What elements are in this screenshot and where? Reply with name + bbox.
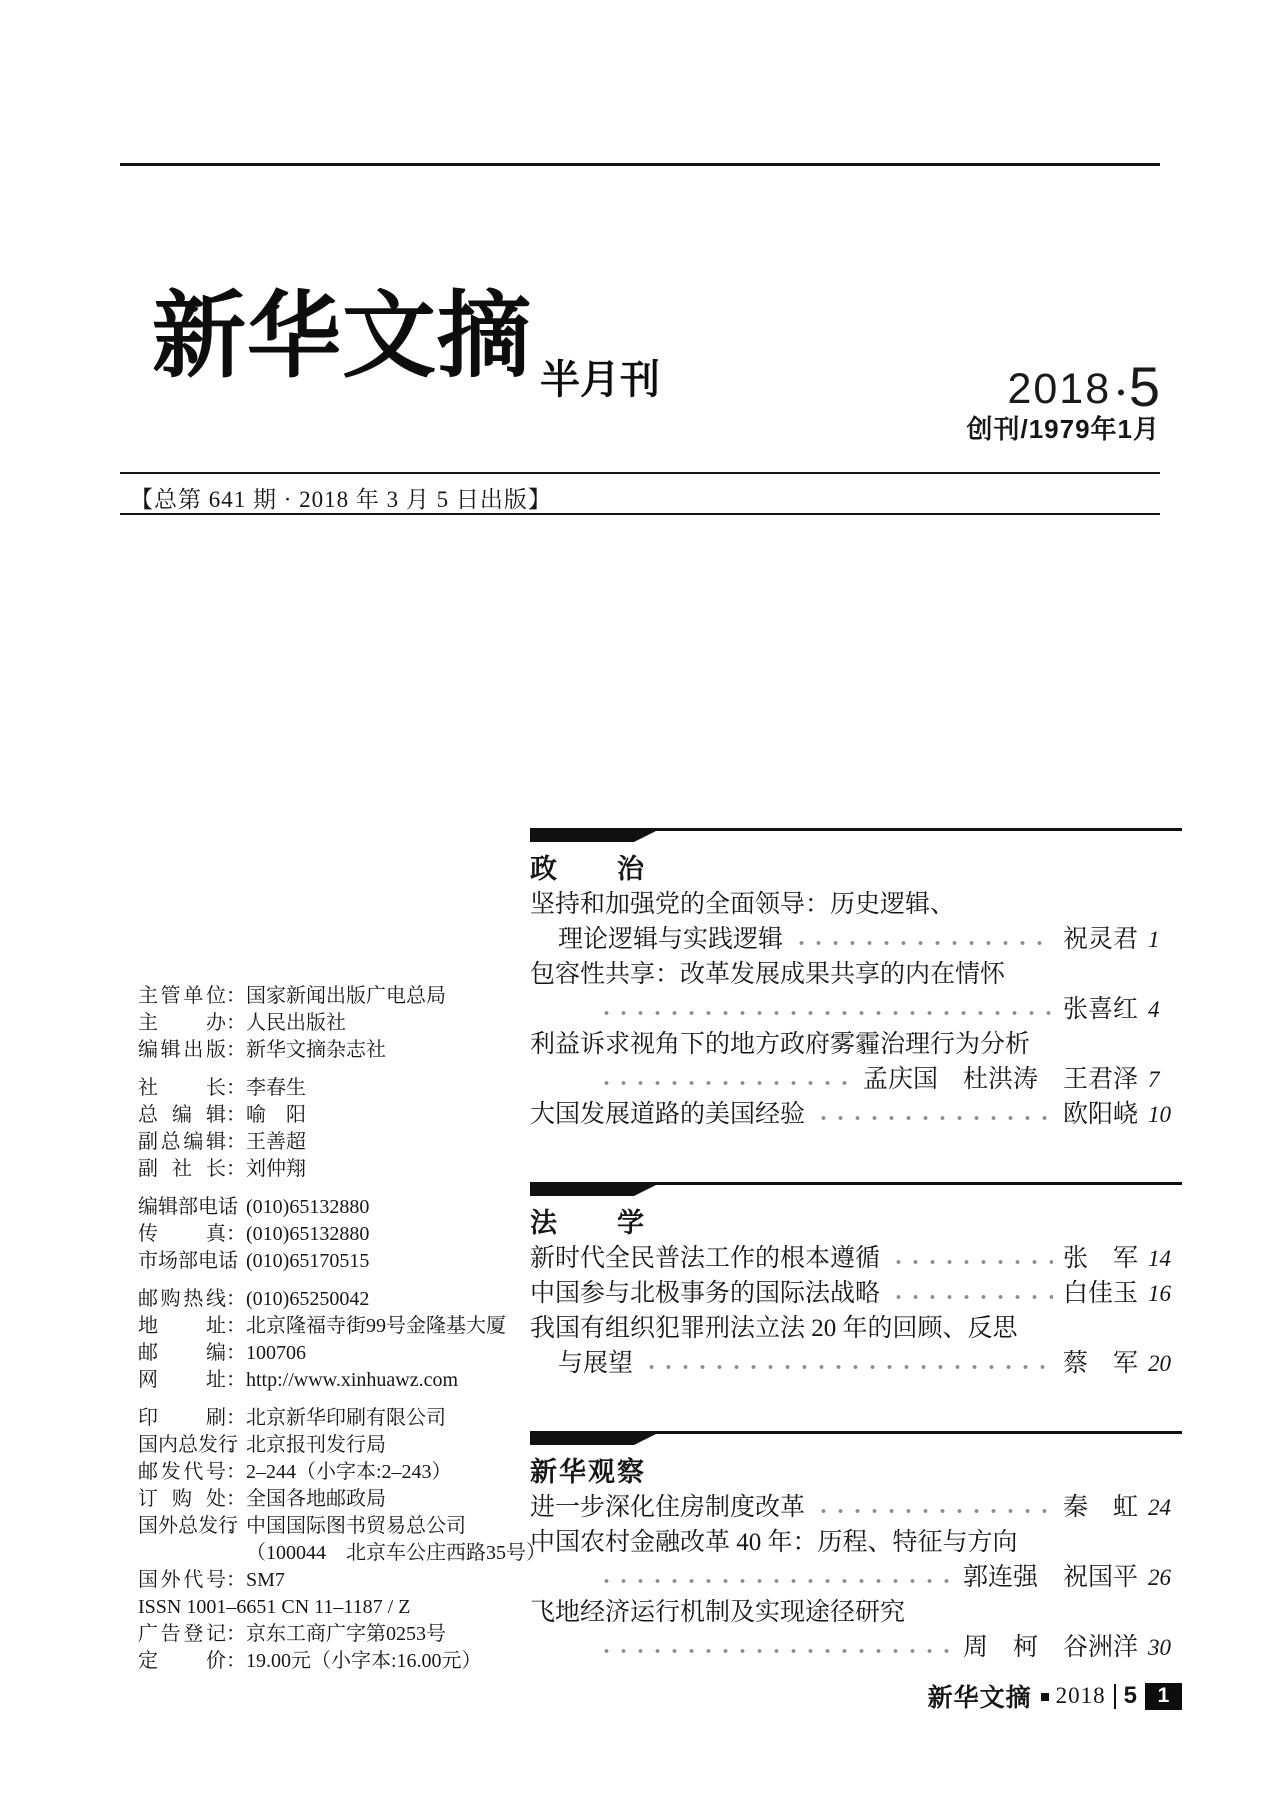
publisher-field-label: 总编辑 — [138, 1102, 226, 1129]
publisher-row: 传真：(010)65132880 — [138, 1221, 510, 1248]
article-title: 中国参与北极事务的国际法战略 — [530, 1276, 880, 1311]
article-title: 进一步深化住房制度改革 — [530, 1490, 805, 1525]
toc-entry-line: 理论逻辑与实践逻辑祝灵君1 — [530, 922, 1182, 957]
article-page-number: 14 — [1148, 1241, 1182, 1276]
publisher-field-label: 定价 — [138, 1648, 226, 1675]
publisher-field-value: 全国各地邮政局 — [246, 1486, 386, 1513]
issue-number-block: 2018 • 5 — [1007, 362, 1160, 411]
publisher-field-colon: ： — [226, 1405, 246, 1432]
publisher-field-label: 订购处 — [138, 1486, 226, 1513]
publisher-field-value: (010)65132880 — [246, 1194, 369, 1221]
article-page-number: 20 — [1148, 1346, 1182, 1381]
publisher-field-value: (010)65170515 — [246, 1248, 369, 1275]
dot-leader — [598, 1009, 1053, 1017]
section-title: 政 治 — [530, 852, 1182, 887]
publisher-field-colon: ： — [226, 1102, 246, 1129]
publisher-field-label: 邮购热线 — [138, 1286, 226, 1313]
publisher-field-colon: ： — [226, 1194, 246, 1221]
toc-section: 新华观察进一步深化住房制度改革秦 虹24中国农村金融改革 40 年：历程、特征与… — [530, 1431, 1182, 1665]
publisher-field-label: 主办 — [138, 1010, 226, 1037]
footer-journal-name: 新华文摘 — [928, 1678, 1032, 1714]
issue-year: 2018 — [1007, 368, 1111, 411]
publisher-field-colon: ： — [226, 1075, 246, 1102]
issue-line-top-rule — [120, 472, 1160, 474]
article-page-number: 16 — [1148, 1276, 1182, 1311]
toc-entry-line: 我国有组织犯罪刑法立法 20 年的回顾、反思 — [530, 1311, 1182, 1346]
publisher-row: 邮编：100706 — [138, 1340, 510, 1367]
publisher-field-colon: ： — [226, 1486, 246, 1513]
publisher-row: 网址：http://www.xinhuawz.com — [138, 1367, 510, 1394]
publisher-field-label: 国外总发行 — [138, 1513, 226, 1540]
section-title: 法 学 — [530, 1206, 1182, 1241]
publisher-row: 订购处：全国各地邮政局 — [138, 1486, 510, 1513]
issue-line-bottom-rule — [120, 513, 1160, 515]
publisher-row: 主管单位：国家新闻出版广电总局 — [138, 983, 510, 1010]
publisher-group: 主管单位：国家新闻出版广电总局主办：人民出版社编辑出版：新华文摘杂志社 — [138, 983, 510, 1064]
publisher-field-colon: ： — [226, 1459, 246, 1486]
publisher-field-label: 邮发代号 — [138, 1459, 226, 1486]
article-authors: 蔡 军 — [1063, 1346, 1138, 1381]
publisher-row: 国外总发行：中国国际图书贸易总公司 — [138, 1513, 510, 1540]
footer-issue-number: 5 — [1124, 1682, 1137, 1710]
publisher-field-value: (010)65132880 — [246, 1221, 369, 1248]
publisher-field-colon: ： — [226, 1129, 246, 1156]
article-page-number: 24 — [1148, 1490, 1182, 1525]
toc-entry-line: 大国发展道路的美国经验欧阳峣10 — [530, 1097, 1182, 1132]
publisher-row: （100044 北京车公庄西路35号） — [138, 1540, 510, 1567]
publisher-field-colon: ： — [226, 1248, 246, 1275]
publisher-field-colon: ： — [226, 1010, 246, 1037]
publisher-row: 社长：李春生 — [138, 1075, 510, 1102]
top-rule — [120, 163, 1160, 166]
publisher-field-colon: ： — [226, 1621, 246, 1648]
article-page-number: 7 — [1148, 1062, 1182, 1097]
dot-leader — [815, 1114, 1053, 1122]
article-title: 新时代全民普法工作的根本遵循 — [530, 1241, 880, 1276]
article-title: 理论逻辑与实践逻辑 — [558, 922, 783, 957]
publisher-field-colon: ： — [226, 1313, 246, 1340]
article-title: 大国发展道路的美国经验 — [530, 1097, 805, 1132]
section-bar — [530, 1431, 662, 1445]
dot-leader — [598, 1079, 853, 1087]
publisher-info: 主管单位：国家新闻出版广电总局主办：人民出版社编辑出版：新华文摘杂志社社长：李春… — [138, 983, 510, 1686]
publisher-field-label: 印刷 — [138, 1405, 226, 1432]
dot-leader — [815, 1507, 1053, 1515]
publisher-row: 定价：19.00元（小字本:16.00元） — [138, 1648, 510, 1675]
toc-entry-line: 与展望蔡 军20 — [530, 1346, 1182, 1381]
publisher-field-value: SM7 — [246, 1567, 285, 1594]
publisher-row: 主办：人民出版社 — [138, 1010, 510, 1037]
publisher-field-value: （100044 北京车公庄西路35号） — [246, 1540, 546, 1567]
publisher-group: 邮购热线：(010)65250042地址：北京隆福寺街99号金隆基大厦邮编：10… — [138, 1286, 510, 1394]
dot-leader — [598, 1577, 953, 1585]
dot-leader — [890, 1258, 1053, 1266]
article-authors: 白佳玉 — [1063, 1276, 1138, 1311]
publisher-field-value: 北京报刊发行局 — [246, 1432, 386, 1459]
publisher-field-colon: ： — [226, 1648, 246, 1675]
publisher-field-value: 国家新闻出版广电总局 — [246, 983, 446, 1010]
article-authors: 张喜红 — [1063, 992, 1138, 1027]
publisher-row: 副总编辑：王善超 — [138, 1129, 510, 1156]
publisher-field-colon: ： — [226, 1432, 246, 1459]
publisher-row: 总编辑：喻 阳 — [138, 1102, 510, 1129]
publisher-field-colon: ： — [226, 1367, 246, 1394]
section-bar — [530, 1182, 662, 1196]
publisher-field-label: 编辑部电话 — [138, 1194, 226, 1221]
toc-entry-line: 孟庆国 杜洪涛 王君泽7 — [530, 1062, 1182, 1097]
publisher-field-label: 地址 — [138, 1313, 226, 1340]
publisher-row: 邮发代号：2–244（小字本:2–243） — [138, 1459, 510, 1486]
dot-leader — [643, 1363, 1053, 1371]
publisher-field-value: 京东工商广字第0253号 — [246, 1621, 446, 1648]
publisher-field-colon: ： — [226, 1286, 246, 1313]
issue-dot-separator: • — [1117, 382, 1125, 404]
dot-leader — [890, 1293, 1053, 1301]
publisher-field-colon: ： — [226, 1340, 246, 1367]
publisher-field-label: 国外代号 — [138, 1567, 226, 1594]
article-title: 飞地经济运行机制及实现途径研究 — [530, 1595, 905, 1630]
toc-entry-line: 利益诉求视角下的地方政府雾霾治理行为分析 — [530, 1027, 1182, 1062]
toc-entry-line: 张喜红4 — [530, 992, 1182, 1027]
publisher-field-label: 传真 — [138, 1221, 226, 1248]
article-page-number: 26 — [1148, 1560, 1182, 1595]
publisher-field-value: 刘仲翔 — [246, 1156, 306, 1183]
publisher-field-value: 19.00元（小字本:16.00元） — [246, 1648, 482, 1675]
publisher-field-value: http://www.xinhuawz.com — [246, 1367, 458, 1394]
section-bar — [530, 828, 662, 842]
toc-entry-line: 包容性共享：改革发展成果共享的内在情怀 — [530, 957, 1182, 992]
article-authors: 郭连强 祝国平 — [963, 1560, 1138, 1595]
publisher-field-value: ISSN 1001–6651 CN 11–1187 / Z — [138, 1594, 410, 1621]
publisher-row: ISSN 1001–6651 CN 11–1187 / Z — [138, 1594, 510, 1621]
publisher-field-label: 广告登记 — [138, 1621, 226, 1648]
publisher-field-value: 中国国际图书贸易总公司 — [246, 1513, 466, 1540]
publisher-field-value: 新华文摘杂志社 — [246, 1037, 386, 1064]
publisher-row: 国外代号：SM7 — [138, 1567, 510, 1594]
page-footer: 新华文摘 2018 5 1 — [928, 1678, 1182, 1714]
publisher-field-label: 市场部电话 — [138, 1248, 226, 1275]
publisher-row: 国内总发行：北京报刊发行局 — [138, 1432, 510, 1459]
publisher-field-value: 王善超 — [246, 1129, 306, 1156]
publisher-row: 编辑部电话：(010)65132880 — [138, 1194, 510, 1221]
journal-logo: 新华文摘 — [152, 280, 532, 393]
publisher-field-label: 副社长 — [138, 1156, 226, 1183]
publisher-row: 副社长：刘仲翔 — [138, 1156, 510, 1183]
article-authors: 秦 虹 — [1063, 1490, 1138, 1525]
toc-entry-line: 进一步深化住房制度改革秦 虹24 — [530, 1490, 1182, 1525]
article-authors: 周 柯 谷洲洋 — [963, 1630, 1138, 1665]
publisher-group: 印刷：北京新华印刷有限公司国内总发行：北京报刊发行局邮发代号：2–244（小字本… — [138, 1405, 510, 1675]
article-authors: 孟庆国 杜洪涛 王君泽 — [863, 1062, 1138, 1097]
publisher-row: 广告登记：京东工商广字第0253号 — [138, 1621, 510, 1648]
toc-section: 政 治坚持和加强党的全面领导：历史逻辑、理论逻辑与实践逻辑祝灵君1包容性共享：改… — [530, 828, 1182, 1132]
publisher-field-label: 社长 — [138, 1075, 226, 1102]
publisher-field-colon: ： — [226, 1221, 246, 1248]
publisher-field-value: 北京新华印刷有限公司 — [246, 1405, 446, 1432]
toc-section: 法 学新时代全民普法工作的根本遵循张 军14中国参与北极事务的国际法战略白佳玉1… — [530, 1182, 1182, 1381]
publisher-row: 编辑出版：新华文摘杂志社 — [138, 1037, 510, 1064]
publisher-field-colon: ： — [226, 1567, 246, 1594]
dot-leader — [598, 1647, 953, 1655]
journal-frequency-label: 半月刊 — [540, 348, 660, 405]
publisher-field-label: 编辑出版 — [138, 1037, 226, 1064]
toc-entry-line: 中国参与北极事务的国际法战略白佳玉16 — [530, 1276, 1182, 1311]
article-authors: 欧阳峣 — [1063, 1097, 1138, 1132]
article-page-number: 4 — [1148, 992, 1182, 1027]
table-of-contents: 政 治坚持和加强党的全面领导：历史逻辑、理论逻辑与实践逻辑祝灵君1包容性共享：改… — [530, 828, 1182, 1665]
article-title: 中国农村金融改革 40 年：历程、特征与方向 — [530, 1525, 1018, 1560]
publisher-row: 邮购热线：(010)65250042 — [138, 1286, 510, 1313]
publisher-field-colon: ： — [226, 1037, 246, 1064]
publisher-field-label: 国内总发行 — [138, 1432, 226, 1459]
publisher-field-value: 人民出版社 — [246, 1010, 346, 1037]
toc-entry-line: 飞地经济运行机制及实现途径研究 — [530, 1595, 1182, 1630]
publisher-field-value: 2–244（小字本:2–243） — [246, 1459, 452, 1486]
publisher-field-colon: ： — [226, 1156, 246, 1183]
article-authors: 张 军 — [1063, 1241, 1138, 1276]
toc-entry-line: 坚持和加强党的全面领导：历史逻辑、 — [530, 887, 1182, 922]
footer-separator — [1114, 1684, 1116, 1709]
footer-year: 2018 — [1056, 1683, 1106, 1709]
publisher-field-label: 主管单位 — [138, 983, 226, 1010]
publisher-field-label: 邮编 — [138, 1340, 226, 1367]
toc-entry-line: 中国农村金融改革 40 年：历程、特征与方向 — [530, 1525, 1182, 1560]
publisher-field-label: 副总编辑 — [138, 1129, 226, 1156]
toc-entry-line: 新时代全民普法工作的根本遵循张 军14 — [530, 1241, 1182, 1276]
publisher-field-value: 喻 阳 — [246, 1102, 306, 1129]
publisher-group: 编辑部电话：(010)65132880传真：(010)65132880市场部电话… — [138, 1194, 510, 1275]
publisher-group: 社长：李春生总编辑：喻 阳副总编辑：王善超副社长：刘仲翔 — [138, 1075, 510, 1183]
footer-page-number-box: 1 — [1145, 1683, 1182, 1710]
section-rule-decoration — [530, 1182, 1182, 1196]
toc-entry-line: 周 柯 谷洲洋30 — [530, 1630, 1182, 1665]
article-title: 利益诉求视角下的地方政府雾霾治理行为分析 — [530, 1027, 1030, 1062]
section-rule-decoration — [530, 828, 1182, 842]
publisher-field-value: 100706 — [246, 1340, 306, 1367]
publisher-row: 市场部电话：(010)65170515 — [138, 1248, 510, 1275]
article-page-number: 30 — [1148, 1630, 1182, 1665]
article-page-number: 10 — [1148, 1097, 1182, 1132]
publisher-field-value: (010)65250042 — [246, 1286, 369, 1313]
founded-date-label: 创刊/1979年1月 — [966, 409, 1160, 446]
article-title: 与展望 — [558, 1346, 633, 1381]
article-title: 包容性共享：改革发展成果共享的内在情怀 — [530, 957, 1005, 992]
issue-number: 5 — [1129, 362, 1160, 411]
publisher-row: 印刷：北京新华印刷有限公司 — [138, 1405, 510, 1432]
issue-publication-line: 【总第 641 期 · 2018 年 3 月 5 日出版】 — [130, 481, 552, 514]
publisher-field-colon: ： — [226, 983, 246, 1010]
publisher-field-value: 李春生 — [246, 1075, 306, 1102]
publisher-field-label: 网址 — [138, 1367, 226, 1394]
article-authors: 祝灵君 — [1063, 922, 1138, 957]
dot-leader — [793, 939, 1053, 947]
publisher-row: 地址：北京隆福寺街99号金隆基大厦 — [138, 1313, 510, 1340]
section-rule-decoration — [530, 1431, 1182, 1445]
toc-entry-line: 郭连强 祝国平26 — [530, 1560, 1182, 1595]
publisher-field-value: 北京隆福寺街99号金隆基大厦 — [246, 1313, 506, 1340]
footer-square-bullet-icon — [1041, 1693, 1049, 1701]
article-page-number: 1 — [1148, 922, 1182, 957]
article-title: 我国有组织犯罪刑法立法 20 年的回顾、反思 — [530, 1311, 1018, 1346]
magazine-contents-page: 新华文摘 半月刊 2018 • 5 创刊/1979年1月 【总第 641 期 ·… — [0, 0, 1280, 1793]
publisher-field-colon: ： — [226, 1513, 246, 1540]
article-title: 坚持和加强党的全面领导：历史逻辑、 — [530, 887, 955, 922]
section-title: 新华观察 — [530, 1455, 1182, 1490]
